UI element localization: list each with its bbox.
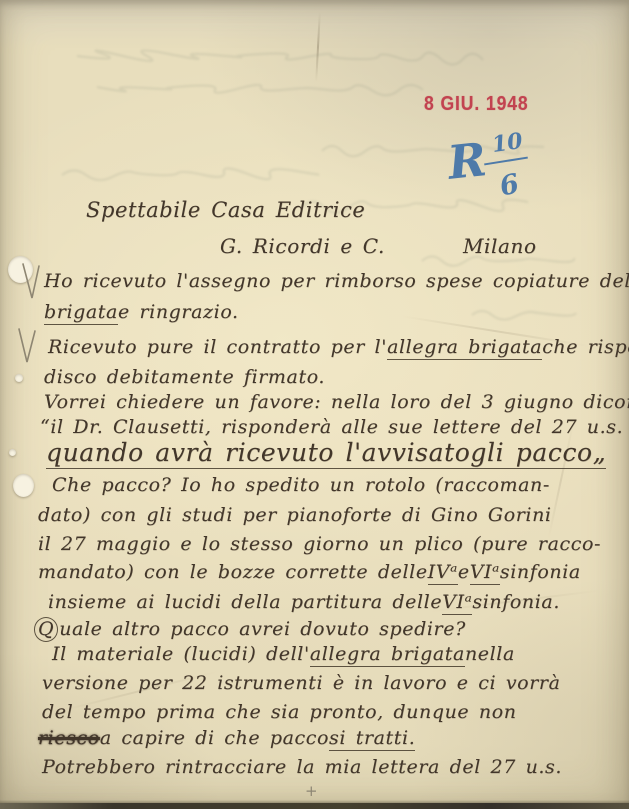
letter-text-segment: Che pacco? Io ho spedito un rotolo (racc…	[52, 474, 550, 496]
letter-text-segment: quando avrà ricevuto l'avvisatogli pacco…	[46, 438, 606, 469]
letter-text-segment: Ho ricevuto l'assegno per rimborso spese…	[44, 270, 629, 292]
letter-line: dato) con gli studi per pianoforte di Gi…	[38, 504, 552, 526]
letter-text-segment: e ringrazio.	[118, 301, 239, 323]
letter-text-segment: uale altro pacco avrei dovuto spedire?	[59, 618, 466, 640]
letter-line: brigata e ringrazio.	[44, 301, 239, 325]
letter-text-segment: che rispe-	[542, 336, 629, 358]
letter-line: Ho ricevuto l'assegno per rimborso spese…	[44, 270, 629, 294]
letter-text-segment: sinfonia.	[472, 591, 560, 613]
letter-text-segment: Milano	[463, 234, 537, 258]
letter-line: Quale altro pacco avrei dovuto spedire?	[34, 617, 466, 642]
letter-text-segment: del tempo prima che sia pronto, dunque n…	[42, 701, 517, 723]
letter-text-segment: sinfonia	[500, 561, 581, 583]
letter-text-segment: nella	[465, 643, 515, 665]
letter-text-segment: e	[458, 561, 470, 583]
letter-line: il 27 maggio e lo stesso giorno un plico…	[38, 533, 601, 555]
letter-line: mandato) con le bozze corrette delle IVᵃ…	[38, 561, 581, 585]
letter-line: Ricevuto pure il contratto per l'allegra…	[48, 336, 629, 360]
letter-text-segment: a capire di che pacco	[100, 727, 329, 749]
letter-line: quando avrà ricevuto l'avvisatogli pacco…	[46, 438, 606, 469]
letter-text-segment: “il Dr. Clausetti, risponderà alle sue l…	[40, 416, 623, 438]
letter-body: Spettabile Casa EditriceG. Ricordi e C.M…	[0, 0, 629, 809]
letter-text-segment: dato) con gli studi per pianoforte di Gi…	[38, 504, 552, 526]
letter-text-segment: VIᵃ	[442, 591, 472, 615]
letter-text-segment: Ricevuto pure il contratto per l'	[48, 336, 387, 358]
letter-line: riesco a capire di che pacco si tratti.	[38, 727, 415, 751]
letter-line: disco debitamente firmato.	[44, 366, 325, 388]
letter-text-segment: Vorrei chiedere un favore: nella loro de…	[44, 391, 629, 413]
letter-text-segment: mandato) con le bozze corrette delle	[38, 561, 428, 583]
scan-bottom-edge	[0, 803, 629, 809]
letter-line: “il Dr. Clausetti, risponderà alle sue l…	[40, 416, 623, 438]
letter-text-segment: brigata	[44, 301, 118, 325]
letter-line: del tempo prima che sia pronto, dunque n…	[42, 701, 517, 723]
letter-text-segment: versione per 22 istrumenti è in lavoro e…	[42, 672, 561, 694]
letter-text-segment: disco debitamente firmato.	[44, 366, 325, 388]
letter-text-segment: riesco	[38, 727, 100, 749]
letter-line: Che pacco? Io ho spedito un rotolo (racc…	[52, 474, 550, 496]
letter-line: Potrebbero rintracciare la mia lettera d…	[42, 756, 562, 778]
letter-text-segment: allegra brigata	[310, 643, 465, 667]
letter-text-segment: si tratti.	[329, 727, 415, 751]
letter-line: Spettabile Casa Editrice	[86, 198, 365, 222]
letter-text-segment: allegra brigata	[387, 336, 542, 360]
letter-text-segment: Il materiale (lucidi) dell'	[52, 643, 310, 665]
letter-scan: 8 GIU. 1948 R 10 6 Spettabile Casa Editr…	[0, 0, 629, 809]
plus-mark: +	[305, 782, 318, 800]
letter-text-segment: G. Ricordi e C.	[220, 234, 385, 258]
letter-line: Il materiale (lucidi) dell'allegra briga…	[52, 643, 515, 667]
letter-line: insieme ai lucidi della partitura delle …	[48, 591, 560, 615]
letter-line: Vorrei chiedere un favore: nella loro de…	[44, 391, 629, 413]
letter-text-segment: Potrebbero rintracciare la mia lettera d…	[42, 756, 562, 778]
letter-text-segment: VIᵃ	[470, 561, 500, 585]
letter-text-segment: insieme ai lucidi della partitura delle	[48, 591, 442, 613]
letter-text-segment: IVᵃ	[428, 561, 458, 585]
letter-text-segment: Q	[34, 617, 58, 642]
letter-text-segment: Spettabile Casa Editrice	[86, 198, 365, 222]
letter-line: versione per 22 istrumenti è in lavoro e…	[42, 672, 561, 694]
letter-text-segment: il 27 maggio e lo stesso giorno un plico…	[38, 533, 601, 555]
letter-line: G. Ricordi e C.Milano	[220, 234, 537, 258]
